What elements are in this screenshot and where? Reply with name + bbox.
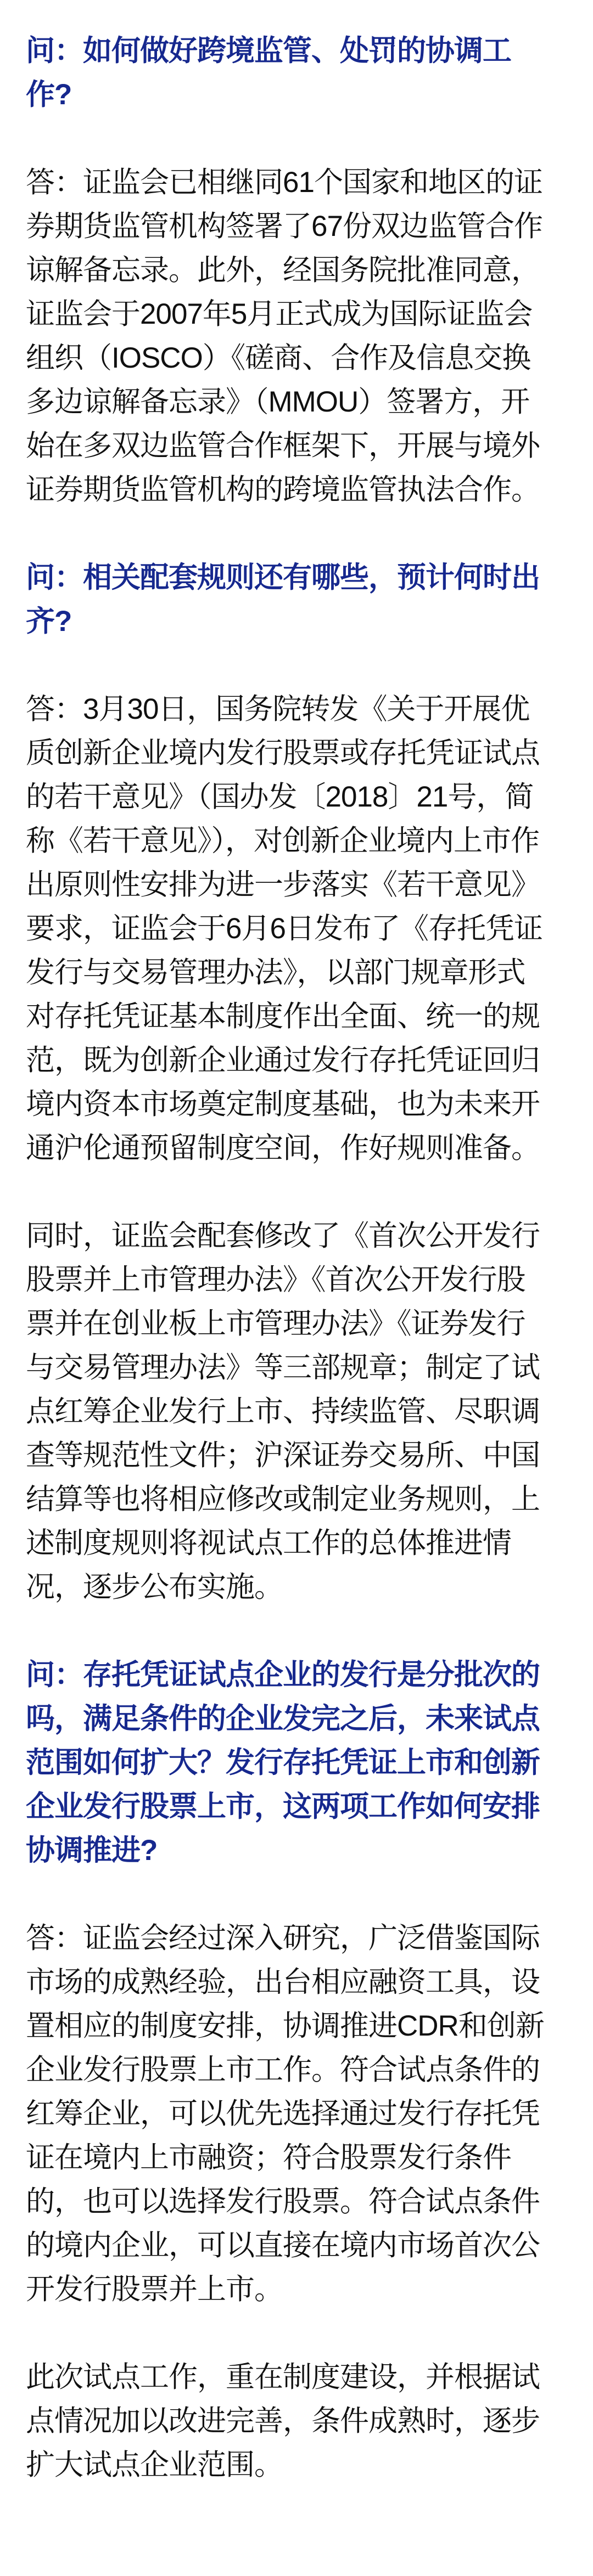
answer-paragraph-1: 答：证监会已相继同61个国家和地区的证券期货监管机构签署了67份双边监管合作谅解… (26, 161, 552, 512)
answer-paragraph-2b: 同时，证监会配套修改了《首次公开发行股票并上市管理办法》《首次公开发行股票并在创… (26, 1214, 552, 1609)
question-paragraph-3: 问：存托凭证试点企业的发行是分批次的吗，满足条件的企业发完之后，未来试点范围如何… (26, 1653, 552, 1873)
question-paragraph-2: 问：相关配套规则还有哪些，预计何时出齐? (26, 556, 552, 644)
answer-paragraph-3a: 答：证监会经过深入研究，广泛借鉴国际市场的成熟经验，出台相应融资工具，设置相应的… (26, 1917, 552, 2312)
qa-article: 问：如何做好跨境监管、处罚的协调工作? 答：证监会已相继同61个国家和地区的证券… (0, 0, 593, 2576)
answer-paragraph-2a: 答：3月30日，国务院转发《关于开展优质创新企业境内发行股票或存托凭证试点的若干… (26, 687, 552, 1170)
answer-paragraph-3b: 此次试点工作，重在制度建设，并根据试点情况加以改进完善，条件成熟时，逐步扩大试点… (26, 2355, 552, 2487)
question-paragraph-1: 问：如何做好跨境监管、处罚的协调工作? (26, 29, 552, 117)
